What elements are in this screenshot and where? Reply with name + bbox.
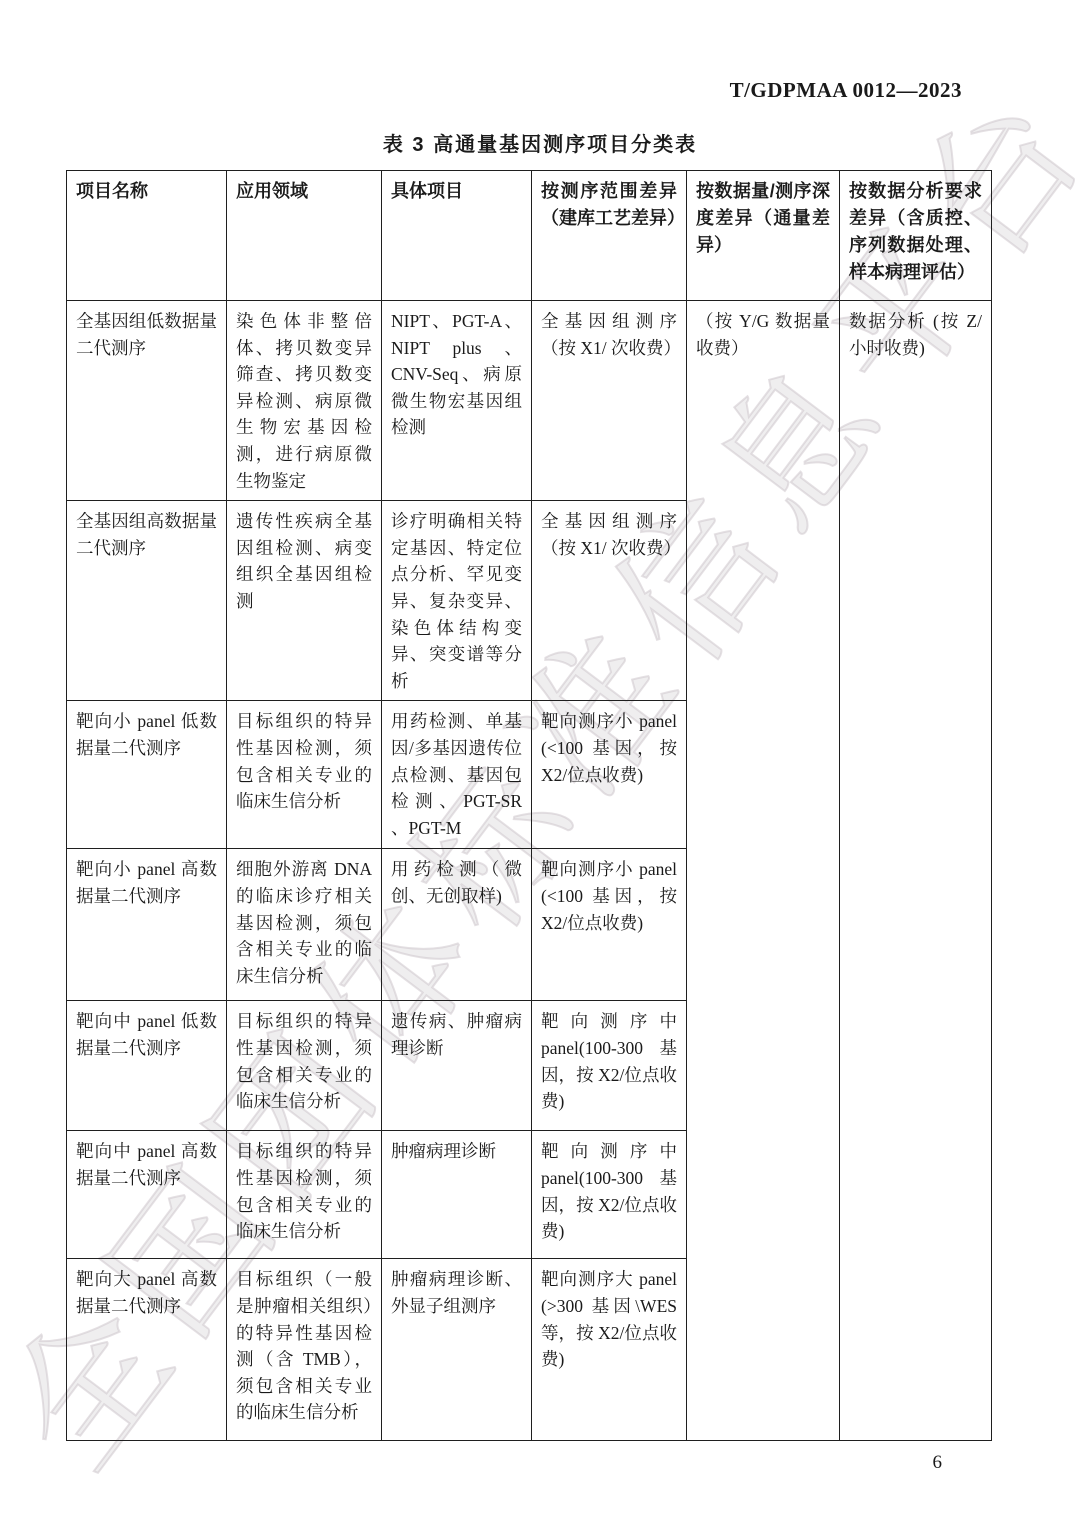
col-header-specific-items: 具体项目 xyxy=(382,171,532,301)
cell-scope: 全基因组测序（按 X1/ 次收费） xyxy=(532,301,687,501)
cell-specific-items: NIPT、PGT-A、NIPT plus 、CNV-Seq、病原微生物宏基因组检… xyxy=(382,301,532,501)
cell-scope: 靶向测序小 panel (<100 基因，按 X2/位点收费) xyxy=(532,849,687,1001)
cell-specific-items: 肿瘤病理诊断、外显子组测序 xyxy=(382,1259,532,1441)
cell-application-field: 目标组织（一般是肿瘤相关组织）的特异性基因检测（含 TMB），须包含相关专业的临… xyxy=(227,1259,382,1441)
cell-scope: 靶向测序小 panel (<100 基因，按 X2/位点收费) xyxy=(532,701,687,849)
cell-specific-items: 遗传病、肿瘤病理诊断 xyxy=(382,1001,532,1131)
header-row: 项目名称 应用领域 具体项目 按测序范围差异（建库工艺差异） 按数据量/测序深度… xyxy=(67,171,992,301)
cell-scope: 全基因组测序（按 X1/ 次收费） xyxy=(532,501,687,701)
cell-specific-items: 诊疗明确相关特定基因、特定位点分析、罕见变异、复杂变异、染色体结构变异、突变谱等… xyxy=(382,501,532,701)
cell-project-name: 全基因组低数据量二代测序 xyxy=(67,301,227,501)
cell-application-field: 目标组织的特异性基因检测，须包含相关专业的临床生信分析 xyxy=(227,1131,382,1259)
cell-application-field: 目标组织的特异性基因检测，须包含相关专业的临床生信分析 xyxy=(227,701,382,849)
cell-specific-items: 用药检测（微创、无创取样) xyxy=(382,849,532,1001)
cell-project-name: 靶向中 panel 低数据量二代测序 xyxy=(67,1001,227,1131)
cell-project-name: 靶向小 panel 低数据量二代测序 xyxy=(67,701,227,849)
document-page: 全国团体标准信息平台 T/GDPMAA 0012—2023 表 3 高通量基因测… xyxy=(0,0,1080,1536)
cell-scope: 靶向测序中 panel(100-300 基因，按 X2/位点收费) xyxy=(532,1131,687,1259)
page-number: 6 xyxy=(933,1452,943,1474)
cell-application-field: 染色体非整倍体、拷贝数变异筛查、拷贝数变异检测、病原微生物宏基因检测，进行病原微… xyxy=(227,301,382,501)
col-header-application-field: 应用领域 xyxy=(227,171,382,301)
classification-table: 项目名称 应用领域 具体项目 按测序范围差异（建库工艺差异） 按数据量/测序深度… xyxy=(66,170,992,1441)
col-header-analysis-difference: 按数据分析要求差异（含质控、序列数据处理、样本病理评估） xyxy=(840,171,992,301)
cell-project-name: 全基因组高数据量二代测序 xyxy=(67,501,227,701)
doc-code: T/GDPMAA 0012—2023 xyxy=(730,78,962,103)
cell-project-name: 靶向大 panel 高数据量二代测序 xyxy=(67,1259,227,1441)
cell-scope: 靶向测序大 panel (>300 基因\WES 等，按 X2/位点收费) xyxy=(532,1259,687,1441)
col-header-project-name: 项目名称 xyxy=(67,171,227,301)
col-header-scope-difference: 按测序范围差异（建库工艺差异） xyxy=(532,171,687,301)
cell-throughput-merged: （按 Y/G 数据量收费） xyxy=(687,301,840,1441)
cell-application-field: 细胞外游离 DNA 的临床诊疗相关基因检测，须包含相关专业的临床生信分析 xyxy=(227,849,382,1001)
cell-specific-items: 肿瘤病理诊断 xyxy=(382,1131,532,1259)
cell-analysis-merged: 数据分析 (按 Z/小时收费) xyxy=(840,301,992,1441)
cell-project-name: 靶向小 panel 高数据量二代测序 xyxy=(67,849,227,1001)
cell-specific-items: 用药检测、单基因/多基因遗传位点检测、基因包检测、PGT-SR 、PGT-M xyxy=(382,701,532,849)
cell-project-name: 靶向中 panel 高数据量二代测序 xyxy=(67,1131,227,1259)
cell-application-field: 目标组织的特异性基因检测，须包含相关专业的临床生信分析 xyxy=(227,1001,382,1131)
table-row: 全基因组低数据量二代测序 染色体非整倍体、拷贝数变异筛查、拷贝数变异检测、病原微… xyxy=(67,301,992,501)
col-header-throughput-difference: 按数据量/测序深度差异（通量差异） xyxy=(687,171,840,301)
cell-scope: 靶向测序中 panel(100-300 基因，按 X2/位点收费) xyxy=(532,1001,687,1131)
table-title: 表 3 高通量基因测序项目分类表 xyxy=(0,128,1080,157)
cell-application-field: 遗传性疾病全基因组检测、病变组织全基因组检测 xyxy=(227,501,382,701)
